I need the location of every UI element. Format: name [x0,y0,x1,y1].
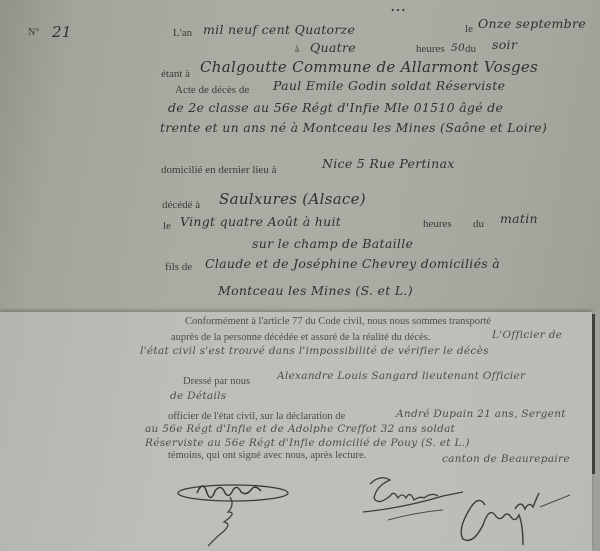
record-number-label: N° [28,27,39,38]
officer-note-1: L'Officier de [492,329,562,341]
witness-3-text: Réserviste au 56e Régt d'Infie domicilié… [145,437,470,449]
age-birthplace-text: trente et un ans né à Montceau les Mines… [160,120,547,135]
record-number: 21 [52,23,72,41]
canton-text: canton de Beaurepaire [442,453,570,465]
death-date-text: Vingt quatre Août à huit [180,214,341,229]
parents-text: Claude et de Joséphine Chevrey domicilié… [205,256,500,271]
temoins-text: témoins, qui ont signé avec nous, après … [168,450,366,461]
minutes-text: 50 [451,42,465,54]
heures-label-2: heures [423,218,452,230]
domicile-text: Nice 5 Rue Pertinax [322,156,455,171]
witness-2-text: au 56e Régt d'Infie et de Adolphe Creffo… [145,423,455,435]
dresse-label: Dressé par nous [183,376,250,387]
deceased-name-text: Paul Emile Godin soldat Réserviste [273,78,505,93]
lan-label: L'an [173,27,192,39]
place-of-record-text: Chalgoutte Commune de Allarmont Vosges [200,58,538,76]
domicile-label: domicilié en dernier lieu à [161,164,276,176]
a-label: à [295,44,299,54]
rank-regiment-text: de 2e classe au 56e Régt d'Infie Mle 015… [168,100,503,115]
page-edge-line [592,314,595,474]
certificate-lower-page: Conformément à l'article 77 du Code civi… [0,312,592,551]
acte-label: Acte de décès de [175,84,249,96]
fils-label: fils de [165,261,192,273]
date-text: Onze septembre [478,16,586,31]
signature-dupain [175,475,315,550]
aupres-text: auprès de la personne décédée et assuré … [171,332,430,343]
top-fragment-text: … [390,0,406,15]
officer-name-text: Alexandre Louis Sangard lieutenant Offic… [277,370,525,382]
death-place-text: Saulxures (Alsace) [219,190,366,208]
period-text: soir [492,37,517,52]
decede-label: décédé à [162,199,200,211]
le-label: le [465,23,473,35]
hour-text: Quatre [310,40,356,55]
heures-label: heures [416,43,445,55]
le-label-2: le [163,220,171,232]
death-period-text: matin [500,211,538,226]
officer-title-text: de Détails [170,390,227,402]
etant-label: étant à [161,68,190,80]
officier-label: officier de l'état civil, sur la déclara… [168,411,345,422]
witness-1-text: André Dupain 21 ans, Sergent [396,408,566,420]
certificate-upper-page: … N° 21 L'an mil neuf cent Quatorze le O… [0,0,600,312]
year-text: mil neuf cent Quatorze [203,22,355,37]
du-label: du [465,43,476,55]
officer-note-2: l'état civil s'est trouvé dans l'impossi… [140,345,489,357]
du-label-2: du [473,218,484,230]
conformement-text: Conformément à l'article 77 du Code civi… [185,316,491,327]
battlefield-text: sur le champ de Bataille [252,236,413,251]
parents-domicile-text: Montceau les Mines (S. et L.) [218,283,413,298]
signature-sangard [455,487,575,551]
death-certificate-scan: … N° 21 L'an mil neuf cent Quatorze le O… [0,0,600,551]
